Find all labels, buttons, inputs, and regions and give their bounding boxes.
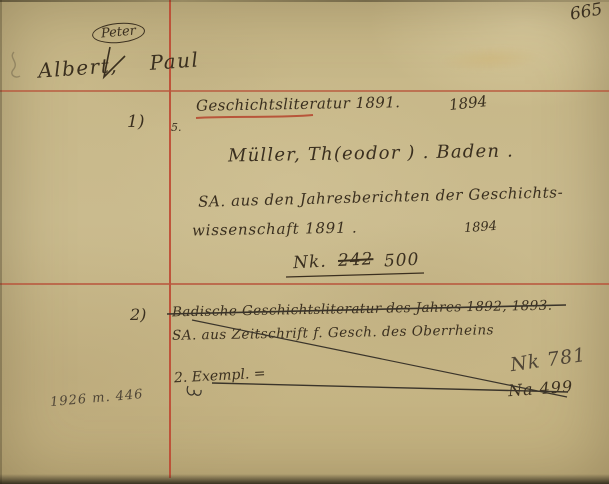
entry1-number: 1): [127, 112, 144, 132]
entry1-source-line2: wissenschaft 1891 .: [192, 219, 358, 240]
heading-name-right: Paul: [149, 47, 200, 74]
shelfmark-old-number: 242: [338, 249, 374, 271]
entry1-subject-heading: Geschichtsliteratur 1891.: [196, 93, 401, 115]
entry2-number: 2): [130, 305, 146, 324]
shelfmark-prefix: Nk.: [293, 252, 328, 274]
entry1-sub-number: 5.: [171, 121, 182, 134]
shelfmark-new-number: 500: [383, 250, 419, 272]
scanned-catalog-card: 665 Peter Albert, Paul Geschichtsliterat…: [0, 0, 609, 484]
entry1-year-note2: 1894: [464, 219, 498, 236]
